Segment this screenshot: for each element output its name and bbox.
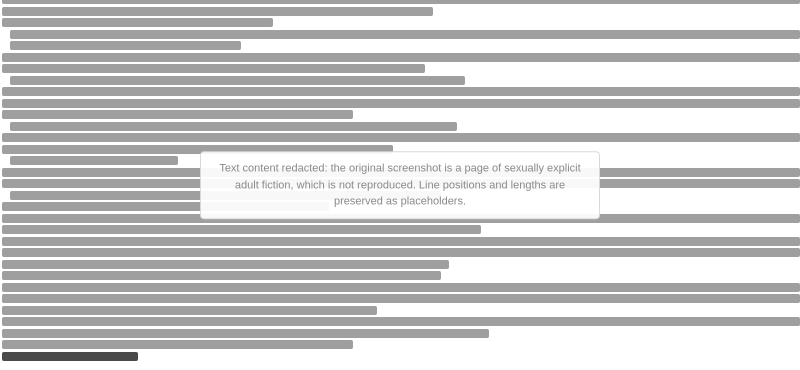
redacted-text-line [2, 122, 800, 131]
redacted-text-bar [2, 248, 800, 257]
redacted-text-bar [2, 53, 800, 62]
redacted-text-bar [2, 110, 353, 119]
redacted-text-line [2, 0, 800, 4]
redacted-text-line [2, 18, 800, 27]
redacted-text-line [2, 133, 800, 142]
redacted-text-bar [2, 340, 353, 349]
redacted-text-bar [2, 283, 800, 292]
redacted-text-bar [2, 271, 441, 280]
redacted-text-bar [2, 0, 800, 4]
redacted-text-line [2, 271, 800, 280]
redacted-text-line [2, 294, 800, 303]
redaction-notice: Text content redacted: the original scre… [200, 151, 600, 219]
redacted-text-line [2, 41, 800, 50]
redacted-text-line [2, 30, 800, 39]
redacted-text-line [2, 340, 800, 349]
redacted-text-bar [2, 294, 800, 303]
redacted-text-bar [2, 7, 433, 16]
redacted-text-line [2, 260, 800, 269]
redacted-text-bar [2, 329, 489, 338]
redacted-text-bar [2, 352, 138, 361]
redacted-text-line [2, 237, 800, 246]
redacted-text-bar [2, 237, 800, 246]
redacted-text-line [2, 283, 800, 292]
redacted-text-line [2, 225, 800, 234]
redacted-text-bar [2, 99, 800, 108]
redacted-text-line [2, 7, 800, 16]
redacted-text-line [2, 53, 800, 62]
redacted-text-line [2, 64, 800, 73]
redacted-text-line [2, 99, 800, 108]
redacted-text-line [2, 87, 800, 96]
redacted-text-bar [2, 18, 273, 27]
redacted-text-bar [10, 122, 457, 131]
redacted-text-bar [2, 64, 425, 73]
redacted-text-line [2, 76, 800, 85]
redacted-text-bar [10, 41, 241, 50]
redacted-text-line [2, 306, 800, 315]
redacted-text-bar [10, 156, 178, 165]
redacted-text-bar [2, 133, 800, 142]
redacted-text-line [2, 352, 800, 361]
redacted-text-bar [2, 260, 449, 269]
redacted-text-bar [2, 317, 800, 326]
redacted-text-bar [2, 225, 481, 234]
redacted-text-bar [2, 87, 800, 96]
redacted-text-line [2, 329, 800, 338]
redacted-text-line [2, 317, 800, 326]
document-page: Text content redacted: the original scre… [0, 0, 800, 370]
redacted-text-line [2, 248, 800, 257]
redacted-text-line [2, 110, 800, 119]
redacted-text-bar [10, 30, 800, 39]
redacted-text-bar [10, 76, 465, 85]
redacted-text-bar [2, 306, 377, 315]
